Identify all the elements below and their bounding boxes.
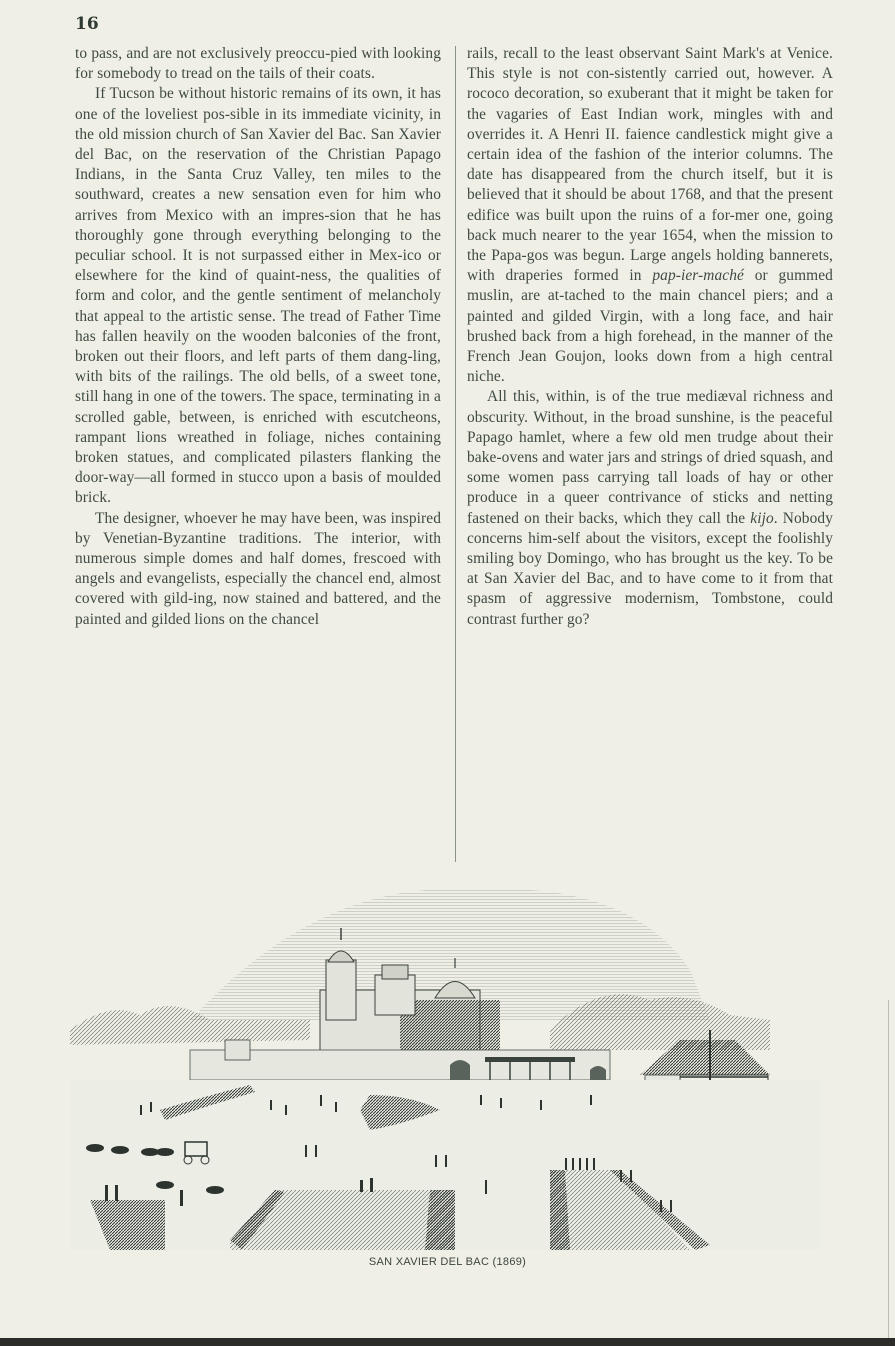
paragraph: If Tucson be without historic remains of… bbox=[75, 84, 441, 508]
page-bottom-edge bbox=[0, 1338, 895, 1346]
paragraph: to pass, and are not exclusively preoccu… bbox=[75, 44, 441, 84]
text-run: . Nobody concerns him-self about the vis… bbox=[467, 510, 833, 628]
text-run: All this, within, is of the true mediæva… bbox=[467, 388, 833, 526]
left-column: to pass, and are not exclusively preoccu… bbox=[75, 44, 441, 630]
page-number: 16 bbox=[75, 14, 99, 34]
mission-engraving-image bbox=[70, 880, 820, 1250]
paragraph: The designer, whoever he may have been, … bbox=[75, 509, 441, 630]
text-columns: to pass, and are not exclusively preoccu… bbox=[75, 44, 833, 864]
italic-term: kijo bbox=[750, 510, 773, 527]
paragraph: rails, recall to the least observant Sai… bbox=[467, 44, 833, 387]
engraving-illustration bbox=[70, 880, 820, 1250]
right-column: rails, recall to the least observant Sai… bbox=[467, 44, 833, 630]
text-run: rails, recall to the least observant Sai… bbox=[467, 45, 833, 284]
paragraph: All this, within, is of the true mediæva… bbox=[467, 387, 833, 629]
italic-term: pap-ier-maché bbox=[652, 267, 744, 284]
text-run: or gummed muslin, are at-tached to the m… bbox=[467, 267, 833, 385]
column-divider bbox=[455, 46, 456, 862]
figure-caption: SAN XAVIER DEL BAC (1869) bbox=[0, 1256, 895, 1268]
page-edge bbox=[888, 1000, 889, 1338]
